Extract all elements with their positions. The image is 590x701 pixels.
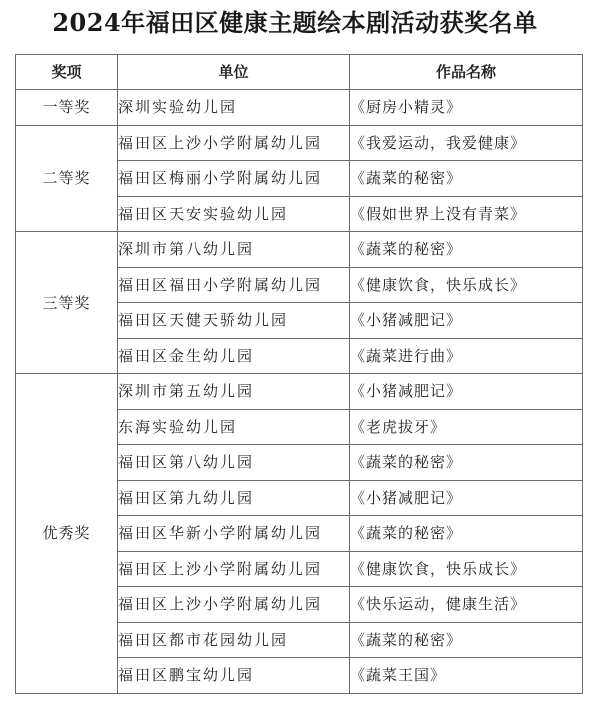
unit-cell: 福田区上沙小学附属幼儿园 [118,587,350,623]
unit-cell: 福田区鹏宝幼儿园 [118,658,350,694]
work-cell: 《小猪减肥记》 [350,480,583,516]
work-cell: 《健康饮食，快乐成长》 [350,551,583,587]
table-row: 一等奖 深圳实验幼儿园 《厨房小精灵》 [16,90,583,126]
unit-cell: 东海实验幼儿园 [118,409,350,445]
work-cell: 《蔬菜的秘密》 [350,516,583,552]
award-level-first: 一等奖 [16,90,118,126]
work-cell: 《小猪减肥记》 [350,374,583,410]
unit-cell: 福田区华新小学附属幼儿园 [118,516,350,552]
unit-cell: 福田区金生幼儿园 [118,338,350,374]
work-cell: 《厨房小精灵》 [350,90,583,126]
table-header-row: 奖项 单位 作品名称 [16,55,583,90]
unit-cell: 福田区天健天骄幼儿园 [118,303,350,339]
work-cell: 《蔬菜王国》 [350,658,583,694]
unit-cell: 福田区上沙小学附属幼儿园 [118,125,350,161]
table-row: 二等奖 福田区上沙小学附属幼儿园 《我爱运动，我爱健康》 [16,125,583,161]
table-row: 三等奖 深圳市第八幼儿园 《蔬菜的秘密》 [16,232,583,268]
header-unit: 单位 [118,55,350,90]
work-cell: 《老虎拔牙》 [350,409,583,445]
unit-cell: 深圳市第五幼儿园 [118,374,350,410]
work-cell: 《蔬菜的秘密》 [350,161,583,197]
unit-cell: 深圳市第八幼儿园 [118,232,350,268]
work-cell: 《蔬菜进行曲》 [350,338,583,374]
unit-cell: 福田区都市花园幼儿园 [118,622,350,658]
award-level-third: 三等奖 [16,232,118,374]
unit-cell: 福田区第八幼儿园 [118,445,350,481]
awards-table: 奖项 单位 作品名称 一等奖 深圳实验幼儿园 《厨房小精灵》 二等奖 福田区上沙… [15,54,583,694]
unit-cell: 福田区梅丽小学附属幼儿园 [118,161,350,197]
unit-cell: 福田区天安实验幼儿园 [118,196,350,232]
work-cell: 《健康饮食，快乐成长》 [350,267,583,303]
header-work: 作品名称 [350,55,583,90]
award-level-second: 二等奖 [16,125,118,232]
work-cell: 《蔬菜的秘密》 [350,622,583,658]
unit-cell: 深圳实验幼儿园 [118,90,350,126]
work-cell: 《我爱运动，我爱健康》 [350,125,583,161]
header-award: 奖项 [16,55,118,90]
page-title: 2024年福田区健康主题绘本剧活动获奖名单 [0,6,590,40]
work-cell: 《假如世界上没有青菜》 [350,196,583,232]
award-level-excellence: 优秀奖 [16,374,118,694]
work-cell: 《蔬菜的秘密》 [350,232,583,268]
unit-cell: 福田区第九幼儿园 [118,480,350,516]
work-cell: 《小猪减肥记》 [350,303,583,339]
work-cell: 《蔬菜的秘密》 [350,445,583,481]
unit-cell: 福田区福田小学附属幼儿园 [118,267,350,303]
work-cell: 《快乐运动，健康生活》 [350,587,583,623]
table-row: 优秀奖 深圳市第五幼儿园 《小猪减肥记》 [16,374,583,410]
unit-cell: 福田区上沙小学附属幼儿园 [118,551,350,587]
